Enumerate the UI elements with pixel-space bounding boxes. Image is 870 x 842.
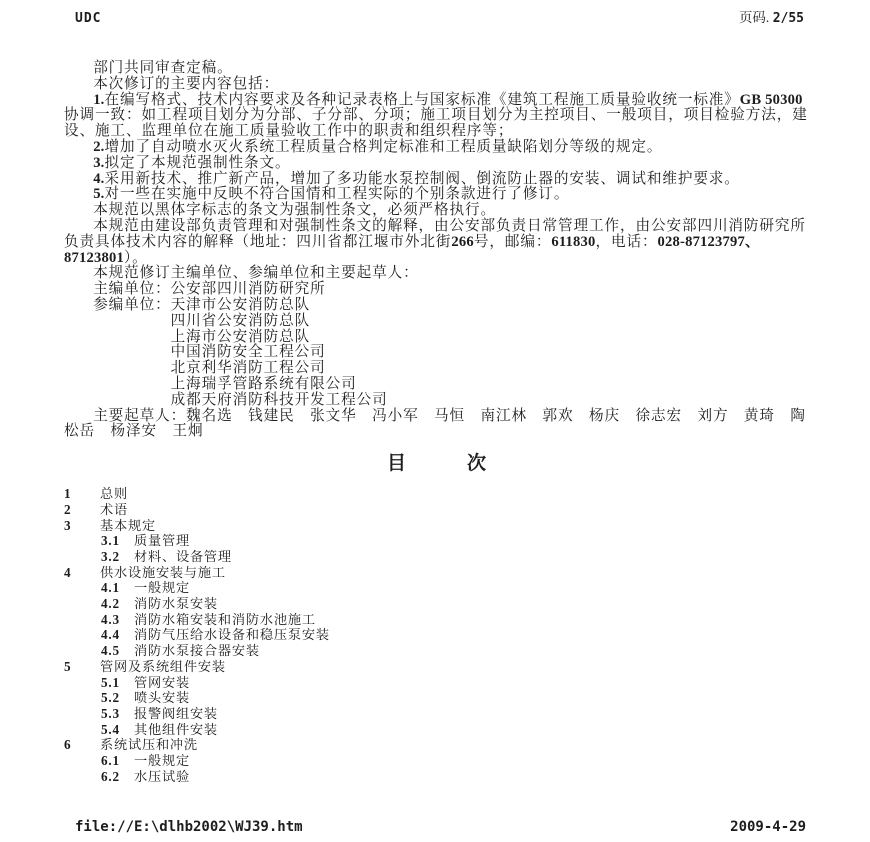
paragraph-text-segment: ，电话： [596, 234, 658, 250]
toc-entry: 4供水设施安装与施工 [64, 565, 810, 581]
toc-entry: 3.2材料、设备管理 [101, 549, 810, 565]
toc-entry-title: 消防水泵安装 [134, 596, 218, 612]
chief-editor-label: 主编单位： [93, 282, 170, 298]
toc-entry: 4.2消防水泵安装 [101, 596, 810, 612]
paragraph: 本规范修订主编单位、参编单位和主要起草人： [64, 266, 810, 282]
paragraph-number-segment: 611830 [551, 234, 595, 250]
toc-entry-title: 喷头安装 [134, 690, 190, 706]
toc-entry-number: 4 [64, 565, 100, 581]
paragraph: 3.拟定了本规范强制性条文。 [64, 156, 810, 172]
toc-entry-number: 2 [64, 502, 100, 518]
toc-entry-title: 材料、设备管理 [134, 549, 232, 565]
paragraph-text-segment: 本规范以黑体字标志的条文为强制性条文，必须严格执行。 [93, 202, 496, 218]
toc-entry-number: 6 [64, 737, 100, 753]
toc-entry-title: 报警阀组安装 [134, 706, 218, 722]
paragraph: 本次修订的主要内容包括： [64, 77, 810, 93]
participant-unit: 成都天府消防科技开发工程公司 [171, 393, 388, 409]
paragraph-number-segment: 5. [93, 186, 104, 202]
paragraph-number-segment: 266 [451, 234, 474, 250]
paragraph-text-segment: 协调一致：如工程项目划分为分部、子分部、分项；施工项目划分为主控项目、一般项目，… [64, 107, 808, 139]
paragraph: 5.对一些在实施中反映不符合国情和工程实际的个别条款进行了修订。 [64, 187, 810, 203]
body-paragraphs: 部门共同审查定稿。本次修订的主要内容包括：1.在编写格式、技术内容要求及各种记录… [64, 61, 810, 282]
drafters-paragraph: 主要起草人：魏名选 钱建民 张文华 冯小军 马恒 南江林 郭欢 杨庆 徐志宏 刘… [64, 409, 810, 441]
toc-entry-number: 5.1 [101, 675, 134, 691]
participant-units-row: 参编单位： 天津市公安消防总队四川省公安消防总队上海市公安消防总队中国消防安全工… [64, 298, 810, 409]
drafters-label: 主要起草人： [93, 408, 186, 424]
toc-entry: 5.1管网安装 [101, 675, 810, 691]
paragraph-text-segment: 本次修订的主要内容包括： [93, 76, 279, 92]
toc-entry-title: 总则 [100, 486, 128, 502]
toc-entry-number: 5 [64, 659, 100, 675]
toc-entry-number: 4.3 [101, 612, 134, 628]
paragraph-text-segment: 部门共同审查定稿。 [93, 60, 232, 76]
paragraph-text-segment: 在编写格式、技术内容要求及各种记录表格上与国家标准《建筑工程施工质量验收统一标准… [105, 92, 740, 108]
document-page: UDC 页码. 2/55 部门共同审查定稿。本次修订的主要内容包括：1.在编写格… [0, 0, 870, 842]
toc-entry-number: 6.1 [101, 753, 134, 769]
chief-editor-unit: 公安部四川消防研究所 [171, 282, 326, 298]
toc-entry-title: 系统试压和冲洗 [100, 737, 198, 753]
footer-file-path: file://E:\dlhb2002\WJ39.htm [75, 819, 303, 835]
paragraph: 2.增加了自动喷水灭火系统工程质量合格判定标准和工程质量缺陷划分等级的规定。 [64, 140, 810, 156]
paragraph-number-segment: 2. [93, 139, 104, 155]
paragraph: 部门共同审查定稿。 [64, 61, 810, 77]
toc-entry: 3.1质量管理 [101, 533, 810, 549]
toc-entry: 6系统试压和冲洗 [64, 737, 810, 753]
toc-entry-number: 6.2 [101, 769, 134, 785]
document-body: 部门共同审查定稿。本次修订的主要内容包括：1.在编写格式、技术内容要求及各种记录… [0, 61, 870, 784]
toc-entry: 5.4其他组件安装 [101, 722, 810, 738]
toc-entry-title: 消防水泵接合器安装 [134, 643, 260, 659]
participant-unit: 天津市公安消防总队 [171, 298, 388, 314]
toc-entry-number: 4.5 [101, 643, 134, 659]
toc-entry: 5.2喷头安装 [101, 690, 810, 706]
participant-units-list: 天津市公安消防总队四川省公安消防总队上海市公安消防总队中国消防安全工程公司北京利… [171, 298, 388, 409]
paragraph-number-segment: 3. [93, 155, 104, 171]
toc-entry-title: 管网安装 [134, 675, 190, 691]
paragraph: 本规范以黑体字标志的条文为强制性条文，必须严格执行。 [64, 203, 810, 219]
paragraph-text-segment: ）。 [124, 250, 148, 266]
toc-entry: 4.5消防水泵接合器安装 [101, 643, 810, 659]
toc-entry-title: 管网及系统组件安装 [100, 659, 226, 675]
header-doc-code: UDC [75, 11, 101, 26]
page-footer: file://E:\dlhb2002\WJ39.htm 2009-4-29 [75, 819, 806, 835]
paragraph-number-segment: 1. [93, 92, 104, 108]
paragraph: 4.采用新技术、推广新产品，增加了多功能水泵控制阀、倒流防止器的安装、调试和维护… [64, 172, 810, 188]
paragraph-text-segment: 采用新技术、推广新产品，增加了多功能水泵控制阀、倒流防止器的安装、调试和维护要求… [105, 171, 740, 187]
toc-entry-title: 一般规定 [134, 580, 190, 596]
paragraph: 本规范由建设部负责管理和对强制性条文的解释，由公安部负责日常管理工作，由公安部四… [64, 219, 810, 266]
toc-entry: 5管网及系统组件安装 [64, 659, 810, 675]
toc-entry-title: 消防水箱安装和消防水池施工 [134, 612, 316, 628]
toc-entry-title: 基本规定 [100, 518, 156, 534]
toc-entry-number: 4.4 [101, 627, 134, 643]
toc-entry-number: 3.2 [101, 549, 134, 565]
toc-entry: 6.1一般规定 [101, 753, 810, 769]
toc-entry-title: 消防气压给水设备和稳压泵安装 [134, 627, 330, 643]
paragraph-text-segment: 号，邮编： [474, 234, 551, 250]
toc-entry: 6.2水压试验 [101, 769, 810, 785]
toc-entry-number: 5.4 [101, 722, 134, 738]
participant-units-label: 参编单位： [93, 298, 170, 409]
paragraph-text-segment: 本规范修订主编单位、参编单位和主要起草人： [93, 265, 418, 281]
toc-entry: 2术语 [64, 502, 810, 518]
paragraph: 1.在编写格式、技术内容要求及各种记录表格上与国家标准《建筑工程施工质量验收统一… [64, 93, 810, 140]
page-indicator-label: 页码. [739, 10, 769, 25]
participant-unit: 上海市公安消防总队 [171, 330, 388, 346]
participant-unit: 四川省公安消防总队 [171, 314, 388, 330]
toc-entry: 4.3消防水箱安装和消防水池施工 [101, 612, 810, 628]
paragraph-text-segment: 拟定了本规范强制性条文。 [105, 155, 291, 171]
toc-entry-number: 5.3 [101, 706, 134, 722]
toc-title: 目 次 [64, 453, 810, 475]
toc-entry-title: 质量管理 [134, 533, 190, 549]
toc-entry: 4.4消防气压给水设备和稳压泵安装 [101, 627, 810, 643]
toc-entry-number: 3 [64, 518, 100, 534]
toc-entry-number: 4.2 [101, 596, 134, 612]
toc-entry: 4.1一般规定 [101, 580, 810, 596]
participant-unit: 中国消防安全工程公司 [171, 345, 388, 361]
toc-entry-title: 术语 [100, 502, 128, 518]
paragraph-number-segment: 4. [93, 171, 104, 187]
toc-entry-number: 3.1 [101, 533, 134, 549]
paragraph-text-segment: 增加了自动喷水灭火系统工程质量合格判定标准和工程质量缺陷划分等级的规定。 [105, 139, 663, 155]
chief-editor-row: 主编单位： 公安部四川消防研究所 [64, 282, 810, 298]
paragraph-number-segment: GB 50300 [740, 92, 803, 108]
toc-entry-number: 5.2 [101, 690, 134, 706]
toc-entry: 5.3报警阀组安装 [101, 706, 810, 722]
participant-unit: 北京利华消防工程公司 [171, 361, 388, 377]
footer-date: 2009-4-29 [730, 819, 806, 835]
toc-entry-title: 其他组件安装 [134, 722, 218, 738]
toc-entry-title: 供水设施安装与施工 [100, 565, 226, 581]
toc-entry: 3基本规定 [64, 518, 810, 534]
toc-entry-title: 一般规定 [134, 753, 190, 769]
page-indicator-number: 2/55 [773, 11, 804, 26]
toc-list: 1总则2术语3基本规定3.1质量管理3.2材料、设备管理4供水设施安装与施工4.… [64, 486, 810, 784]
participant-unit: 上海瑞孚管路系统有限公司 [171, 377, 388, 393]
toc-entry-number: 4.1 [101, 580, 134, 596]
toc-entry-number: 1 [64, 486, 100, 502]
paragraph-text-segment: 对一些在实施中反映不符合国情和工程实际的个别条款进行了修订。 [105, 186, 570, 202]
toc-entry: 1总则 [64, 486, 810, 502]
page-header: UDC 页码. 2/55 [0, 0, 870, 26]
toc-entry-title: 水压试验 [134, 769, 190, 785]
page-indicator: 页码. 2/55 [739, 6, 804, 26]
